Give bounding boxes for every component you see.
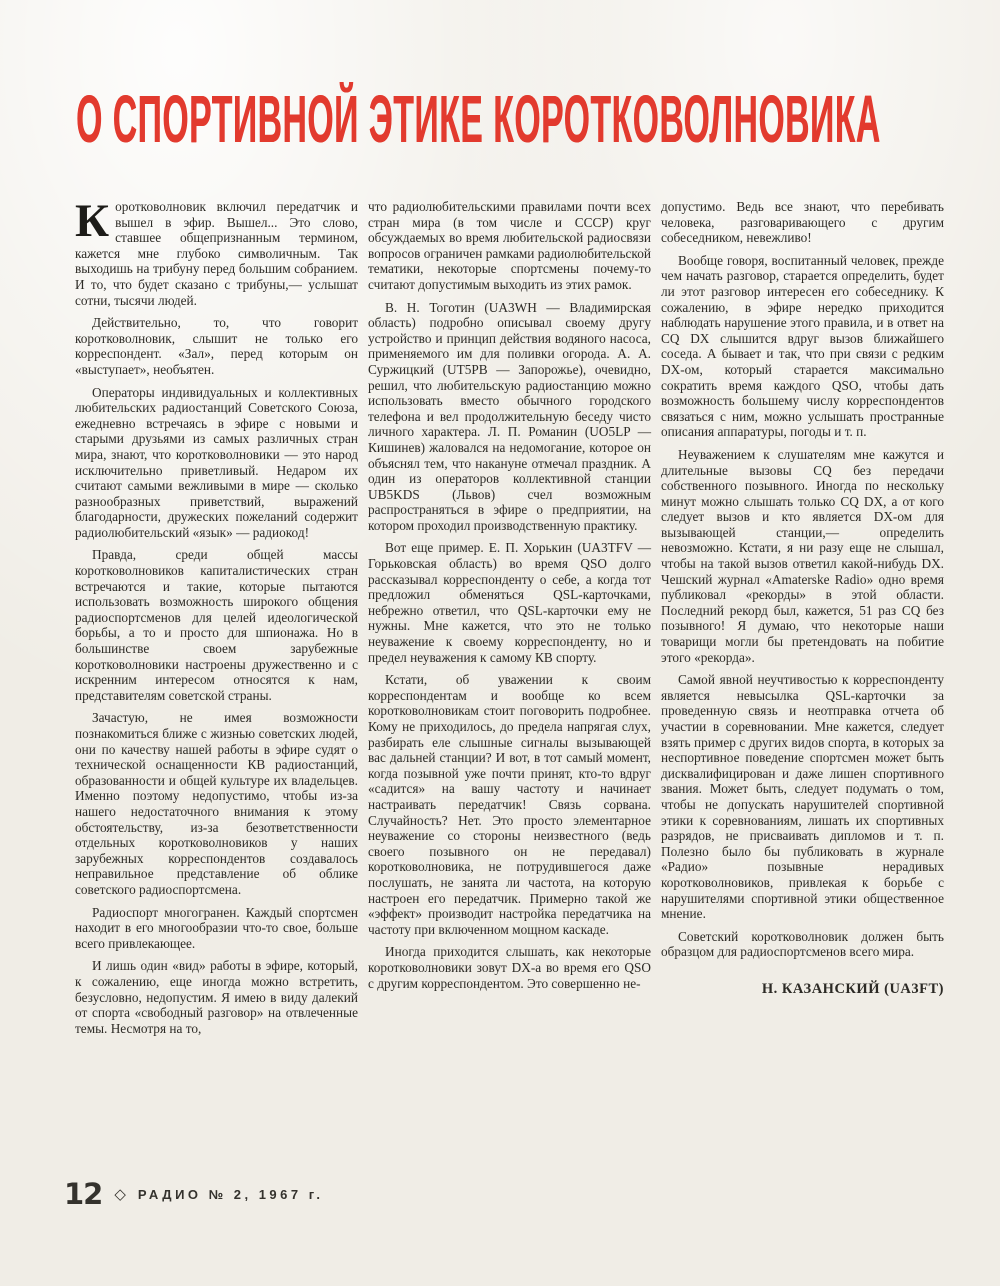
paragraph: Вот еще пример. Е. П. Хорькин (UA3TFV — … <box>368 540 651 665</box>
paragraph: Иногда приходится слышать, как некоторые… <box>368 944 651 991</box>
paragraph: Кстати, об уважении к своим корреспонден… <box>368 672 651 937</box>
paragraph: Радиоспорт многогранен. Каждый спортсмен… <box>75 905 358 952</box>
paragraph: Вообще говоря, воспитанный человек, преж… <box>661 253 944 440</box>
paragraph: Действительно, то, что говорит коротково… <box>75 315 358 377</box>
text-column-2: что радиолюбительскими правилами почти в… <box>368 199 651 991</box>
paragraph: В. Н. Тоготин (UA3WH — Владимирская обла… <box>368 300 651 534</box>
paragraph: Советский коротковолновик должен быть об… <box>661 929 944 960</box>
drop-cap: К <box>75 199 115 241</box>
paragraph: Правда, среди общей массы коротковолнови… <box>75 547 358 703</box>
paragraph: Зачастую, не имея возможности познакомит… <box>75 710 358 897</box>
paragraph: И лишь один «вид» работы в эфире, которы… <box>75 958 358 1036</box>
issue-label: РАДИО № 2, 1967 г. <box>138 1188 324 1201</box>
paragraph: Самой явной неучтивостью к корреспондент… <box>661 672 944 922</box>
paragraph: Операторы индивидуальных и коллективных … <box>75 385 358 541</box>
article-title-text: О СПОРТИВНОЙ ЭТИКЕ КОРОТКОВОЛНОВИКА <box>76 81 881 158</box>
page-number: 12 <box>64 1180 102 1209</box>
diamond-icon: ◇ <box>114 1187 126 1202</box>
paragraph-text: оротковолновик включил передатчик и выше… <box>75 199 358 308</box>
text-column-1: Коротковолновик включил передатчик и выш… <box>75 199 358 1036</box>
author-signature: Н. КАЗАНСКИЙ (UA3FT) <box>661 982 944 998</box>
paragraph: что радиолюбительскими правилами почти в… <box>368 199 651 293</box>
paragraph: допустимо. Ведь все знают, что перебиват… <box>661 199 944 246</box>
magazine-page: О СПОРТИВНОЙ ЭТИКЕ КОРОТКОВОЛНОВИКА Коро… <box>0 0 1000 1286</box>
paragraph: Коротковолновик включил передатчик и выш… <box>75 199 358 308</box>
paragraph: Неуважением к слушателям мне кажутся и д… <box>661 447 944 665</box>
text-column-3: допустимо. Ведь все знают, что перебиват… <box>661 199 944 998</box>
article-title: О СПОРТИВНОЙ ЭТИКЕ КОРОТКОВОЛНОВИКА <box>76 86 1000 153</box>
page-footer: 12 ◇ РАДИО № 2, 1967 г. <box>64 1180 323 1209</box>
